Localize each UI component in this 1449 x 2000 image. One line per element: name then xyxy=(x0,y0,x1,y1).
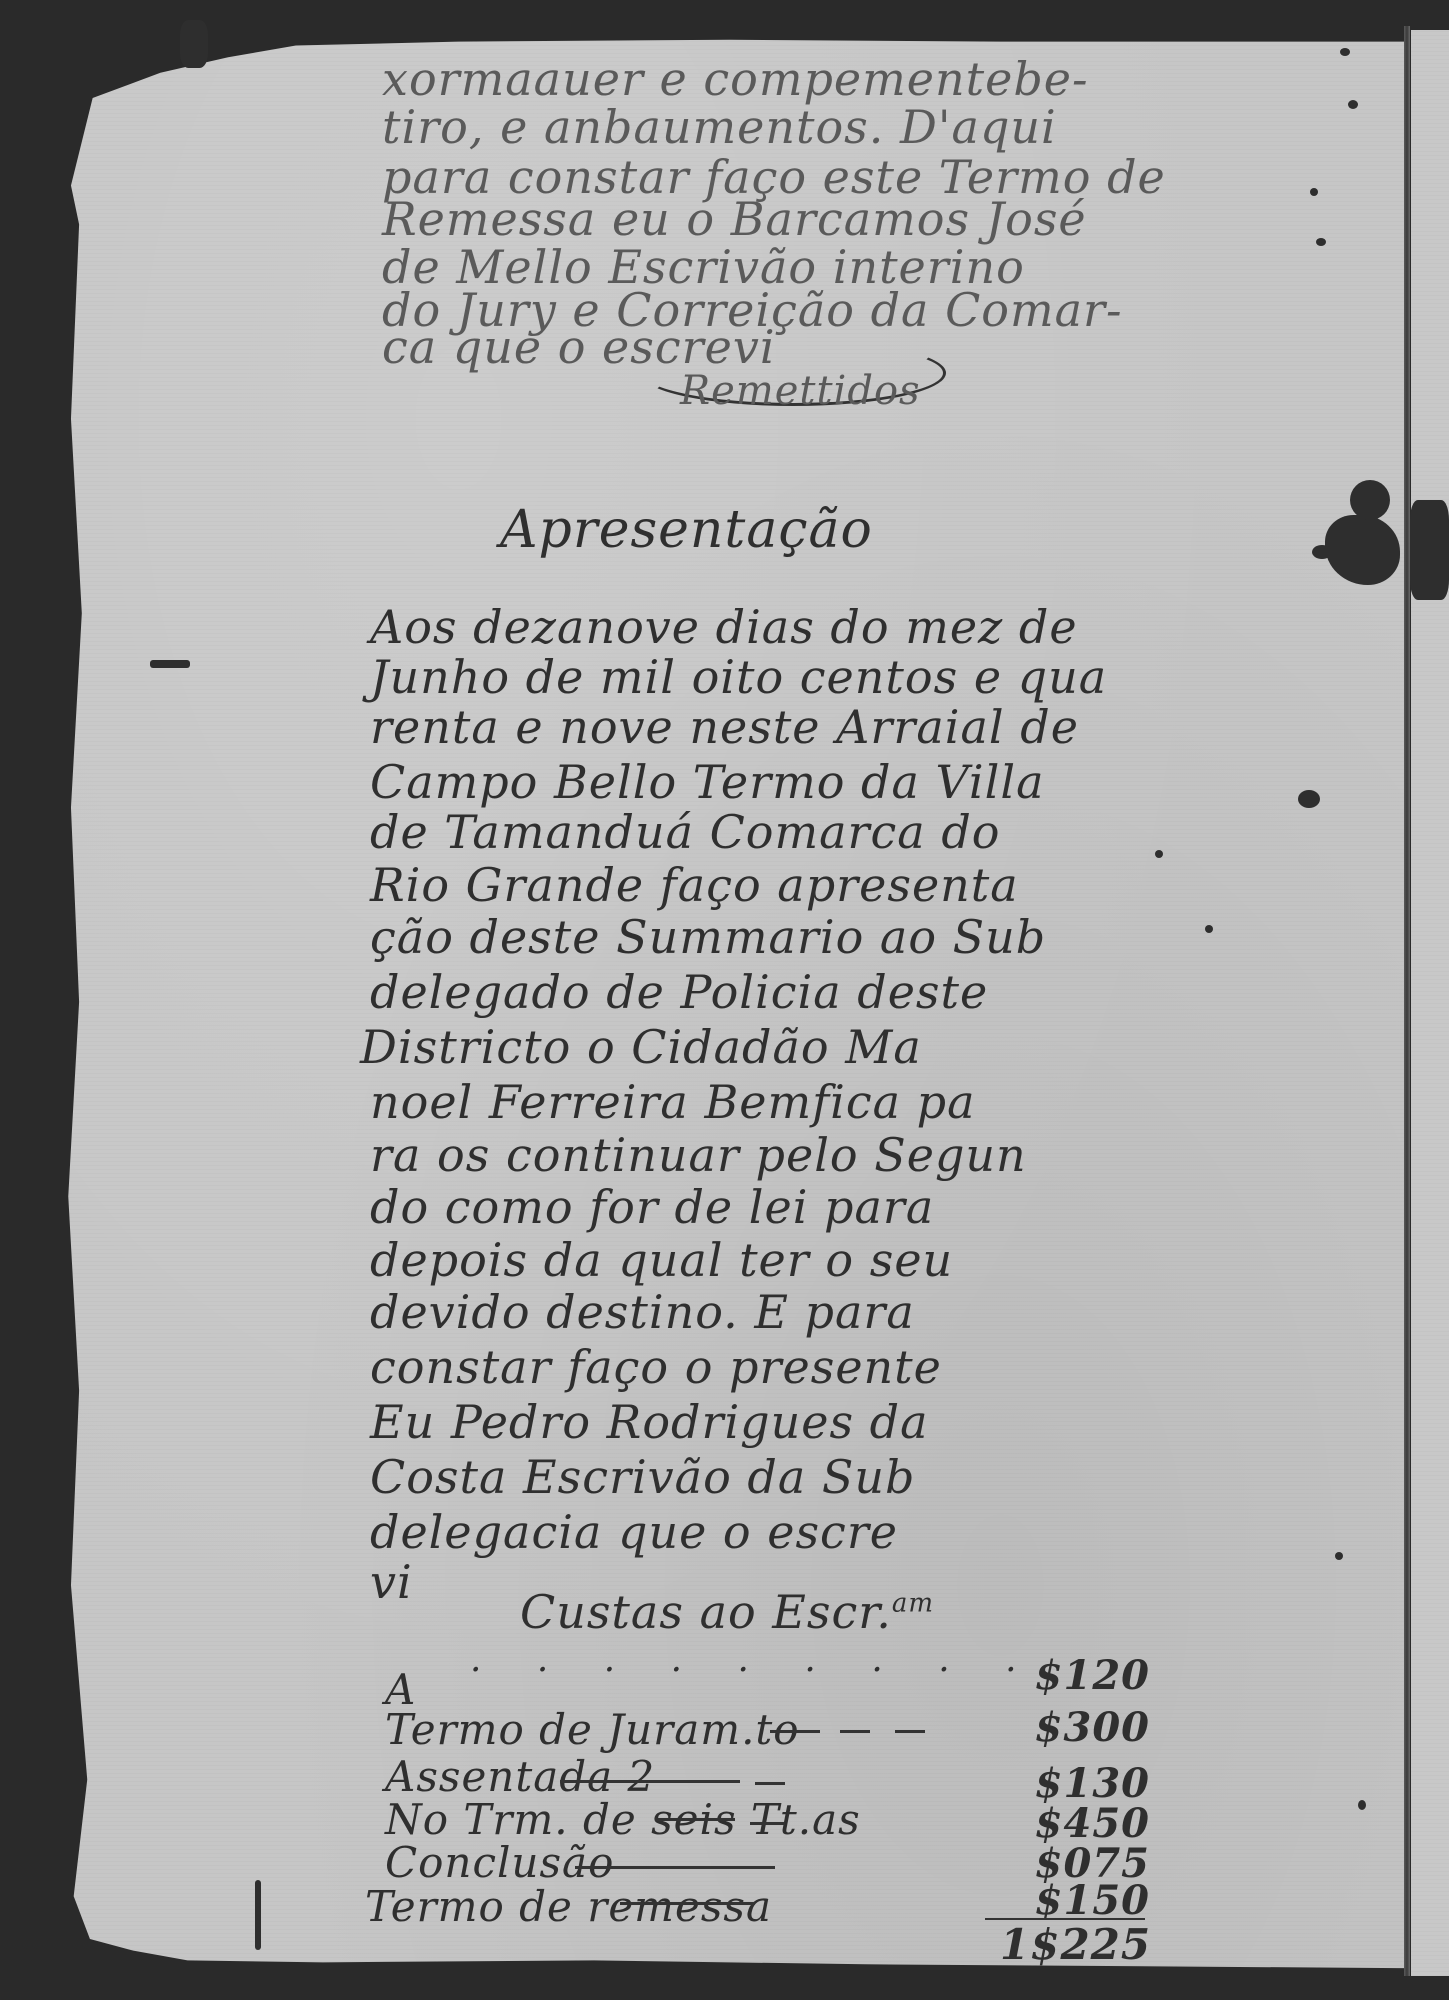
ink-blot xyxy=(1316,238,1326,246)
body-line: Eu Pedro Rodrigues da xyxy=(370,1395,929,1449)
closing-word: Remettidos xyxy=(680,368,921,414)
cost-total: 1$225 xyxy=(1000,1920,1150,1969)
body-line: ra os continuar pelo Segun xyxy=(370,1128,1027,1182)
ink-blot xyxy=(1312,545,1332,559)
dash-leader xyxy=(840,1730,870,1733)
continuation-line: xormaauer e compeтentebe- xyxy=(382,52,1089,106)
dash-leader xyxy=(750,1822,785,1825)
body-line: Rio Grande faço apresenta xyxy=(370,858,1019,912)
ink-blot xyxy=(1298,790,1320,808)
cost-value: $150 xyxy=(1020,1877,1150,1924)
dash-leader xyxy=(755,1782,785,1785)
ink-blot xyxy=(1335,1552,1343,1560)
body-line: vi xyxy=(370,1555,413,1609)
dash-leader xyxy=(560,1780,740,1783)
ink-blot xyxy=(1350,480,1390,520)
ink-blot xyxy=(1205,925,1213,933)
costs-heading: Custas ao Escr.am xyxy=(520,1585,934,1639)
body-line: delegacia que o escre xyxy=(370,1505,898,1559)
dash-leader xyxy=(655,1818,735,1821)
body-line: noel Ferreira Bemfica pa xyxy=(370,1075,976,1129)
body-line: renta e nove neste Arraial de xyxy=(370,700,1079,754)
costs-heading-text: Custas ao Escr. xyxy=(520,1585,892,1639)
body-line: delegado de Policia deste xyxy=(370,965,988,1019)
body-line: devido destino. E para xyxy=(370,1285,915,1339)
body-line: do como for de lei para xyxy=(370,1180,934,1234)
cost-label: Termo de Juram.to xyxy=(385,1705,800,1754)
continuation-line: tiro, e anbaumentos. D'aqui xyxy=(382,100,1057,154)
ink-blot xyxy=(1155,850,1163,858)
body-line: constar faço o presente xyxy=(370,1340,942,1394)
ink-blot xyxy=(1410,500,1449,600)
ink-blot xyxy=(150,660,190,668)
page-gutter xyxy=(1404,26,1410,1976)
ink-blot xyxy=(180,20,208,68)
body-line: Aos dezanove dias do mez de xyxy=(370,600,1078,654)
cost-label: Termo de remessa xyxy=(365,1882,772,1931)
cost-label: Conclusão xyxy=(385,1838,614,1887)
costs-heading-superscript: am xyxy=(892,1589,934,1619)
dash-leader xyxy=(575,1866,775,1869)
body-line: Junho de mil oito centos e qua xyxy=(370,650,1107,704)
ink-blot xyxy=(255,1880,261,1950)
ink-blot xyxy=(1340,48,1350,56)
body-line: Campo Bello Termo da Villa xyxy=(370,755,1045,809)
cost-label: Assentada 2 xyxy=(385,1752,655,1801)
cost-value: $300 xyxy=(1020,1704,1150,1751)
continuation-line: Remessa eu o Barcamos José xyxy=(382,192,1087,246)
dash-leader xyxy=(895,1730,925,1733)
body-line: Costa Escrivão da Sub xyxy=(370,1450,916,1504)
dash-leader xyxy=(770,1730,820,1733)
cost-label: No Trm. de seis Tt.as xyxy=(385,1795,861,1844)
body-line: Districto o Cidadão Ma xyxy=(360,1020,922,1074)
body-line: depois da qual ter o seu xyxy=(370,1233,953,1287)
body-line: de Tamanduá Comarca do xyxy=(370,805,1001,859)
dash-leader xyxy=(620,1902,755,1905)
ink-blot xyxy=(1348,100,1358,109)
facing-page-edge xyxy=(1411,30,1449,1976)
section-title: Apresentação xyxy=(500,500,873,560)
ink-blot xyxy=(1358,1800,1366,1810)
ink-blot xyxy=(1310,188,1318,196)
cost-value: $120 xyxy=(1020,1652,1150,1699)
body-line: ção deste Summario ao Sub xyxy=(370,910,1046,964)
